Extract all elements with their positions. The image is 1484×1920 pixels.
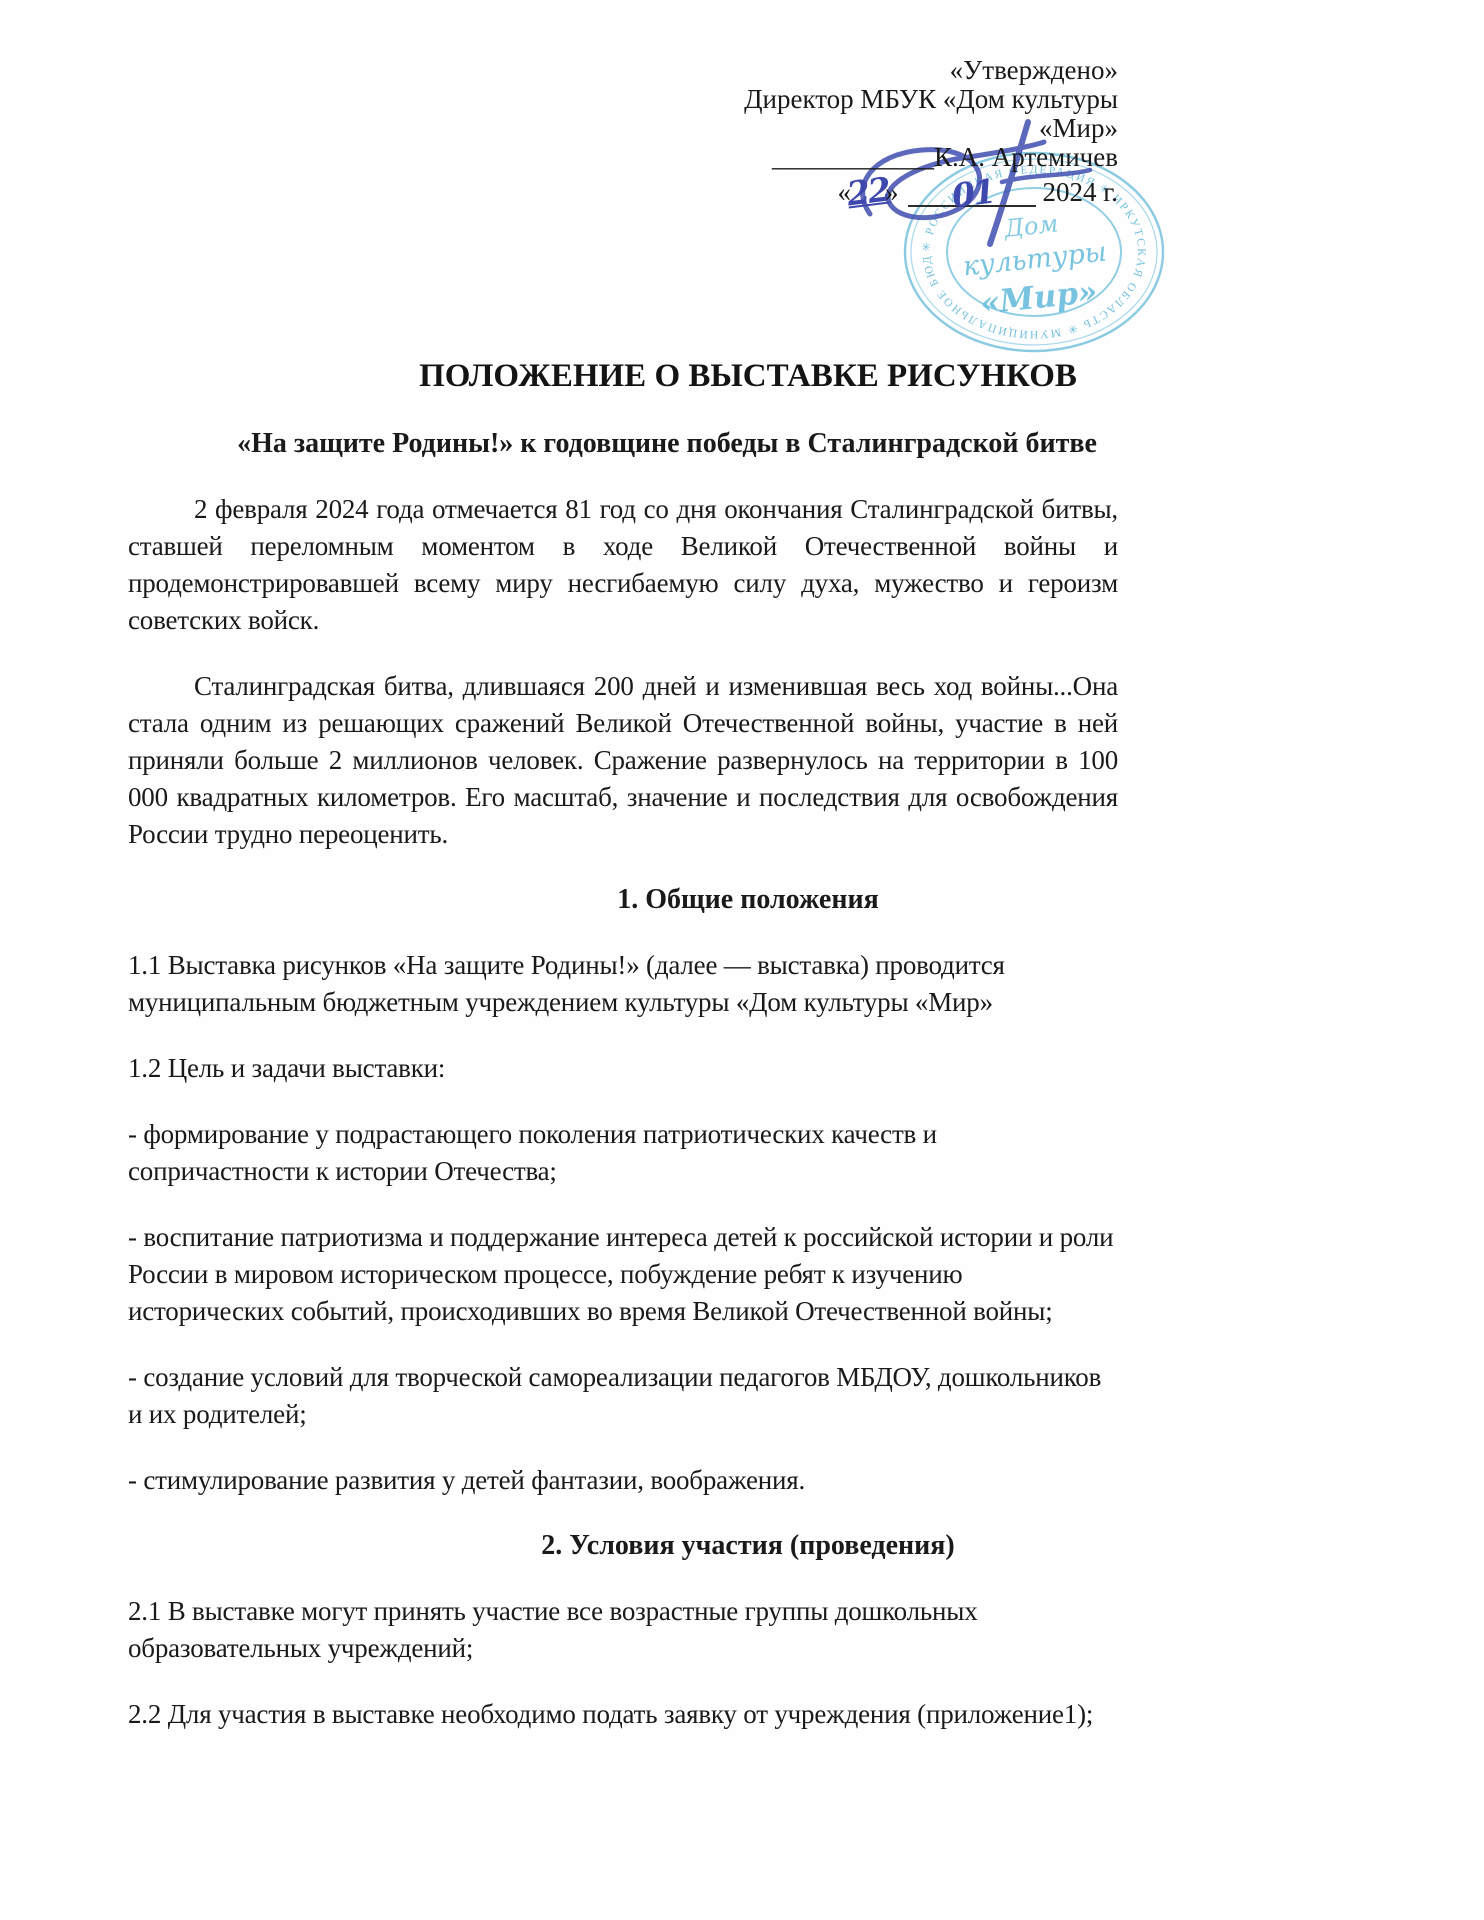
intro-paragraph-2: Сталинградская битва, длившаяся 200 дней… [128,668,1118,853]
goal-item: - создание условий для творческой саморе… [128,1359,1118,1433]
goal-item: - формирование у подрастающего поколения… [128,1116,1118,1190]
approved-label: «Утверждено» [128,56,1118,85]
section2-heading: 2. Условия участия (проведения) [128,1527,1118,1564]
date-year: 2024 г. [1042,178,1118,207]
intro-paragraph-1: 2 февраля 2024 года отмечается 81 год со… [128,491,1118,639]
document-title: ПОЛОЖЕНИЕ О ВЫСТАВКЕ РИСУНКОВ [128,357,1118,395]
item-2-2: 2.2 Для участия в выставке необходимо по… [128,1696,1118,1733]
handwritten-day: 22 [845,175,890,209]
signature-blank: ____________ [772,142,934,172]
approval-block: «Утверждено» Директор МБУК «Дом культуры… [128,56,1118,207]
scanned-document-page: ✳ РОССИЙСКАЯ ФЕДЕРАЦИЯ ✳ ИРКУТСКАЯ ОБЛАС… [0,0,1484,1920]
month-blank-line: 01 [908,177,1036,207]
section1-heading: 1. Общие положения [128,881,1118,918]
stamp-center-line3: «Мир» [979,274,1099,322]
signature-line: ____________К.А. Артемичев [128,143,1118,172]
director-line: Директор МБУК «Дом культуры [128,85,1118,114]
document-subtitle: «На защите Родины!» к годовщине победы в… [128,425,1118,462]
handwritten-month: 01 [950,179,995,210]
signer-name: К.А. Артемичев [934,142,1118,172]
date-line: «22»012024 г. [128,175,1118,207]
goal-item: - стимулирование развития у детей фантаз… [128,1462,1118,1499]
goal-item: - воспитание патриотизма и поддержание и… [128,1219,1118,1330]
org-name-line: «Мир» [128,114,1118,143]
item-2-1: 2.1 В выставке могут принять участие все… [128,1593,1118,1667]
item-1-2: 1.2 Цель и задачи выставки: [128,1050,1118,1087]
item-1-1: 1.1 Выставка рисунков «На защите Родины!… [128,947,1118,1021]
